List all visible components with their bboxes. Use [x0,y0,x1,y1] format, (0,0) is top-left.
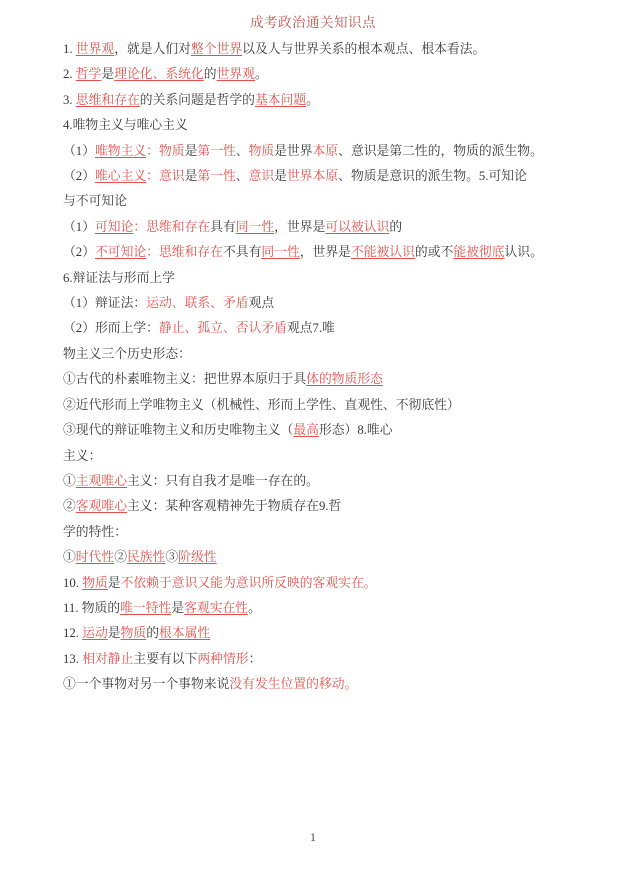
text-segment: ：物质 [146,144,184,158]
content: 1. 世界观，就是人们对整个世界以及人与世界关系的根本观点、根本看法。2. 哲学… [63,37,596,698]
text-line: 10. 物质是不依赖于意识又能为意识所反映的客观实在。 [63,571,596,596]
text-segment: 学的特性： [63,525,127,539]
text-segment: 以及人与世界关系的根本观点、根本看法。 [242,42,485,56]
text-segment: 主义： [63,449,101,463]
text-segment: 阶级性 [178,550,216,564]
text-line: 物主义三个历史形态： [63,342,596,367]
text-line: 12. 运动是物质的根本属性 [63,621,596,646]
document-title: 成考政治通关知识点 [0,11,626,31]
text-line: ①时代性②民族性③阶级性 [63,545,596,570]
text-segment: 。 [248,601,261,615]
text-segment: ，世界是 [274,220,325,234]
text-line: 4.唯物主义与唯心主义 [63,113,596,138]
document-page: 成考政治通关知识点 1. 世界观，就是人们对整个世界以及人与世界关系的根本观点、… [0,0,626,883]
text-segment: 具有 [210,220,236,234]
text-segment: 第一性 [197,169,235,183]
text-segment: 意识 [249,169,275,183]
text-segment: ② [63,499,76,513]
text-line: 2. 哲学是理论化、系统化的世界观。 [63,62,596,87]
text-segment: ：思维和存在 [133,220,210,234]
text-segment: ① [63,474,76,488]
text-segment: 是 [185,169,198,183]
text-segment: 第一性 [197,144,235,158]
text-segment: ③ [165,550,178,564]
text-segment: 观点7.唯 [287,321,335,335]
text-segment: 物质 [249,144,275,158]
text-segment: 不可知论 [95,245,146,259]
text-segment: 的或不 [415,245,453,259]
page-number: 1 [0,830,626,845]
text-segment: （1） [63,220,95,234]
text-segment: （1）辩证法： [63,296,146,310]
text-segment: 体的物质形态 [306,372,383,386]
text-segment: 同一性 [236,220,274,234]
text-line: （1）可知论：思维和存在具有同一性，世界是可以被认识的 [63,215,596,240]
text-segment: 。 [306,93,319,107]
text-segment: 的 [204,67,217,81]
text-segment: （2） [63,169,95,183]
text-segment: 主义：只有自我才是唯一存在的。 [127,474,319,488]
text-segment: 不能被认识 [351,245,415,259]
text-segment: ③现代的辩证唯物主义和历史唯物主义（ [63,423,293,437]
text-segment: 唯心主义 [95,169,146,183]
text-line: 3. 思维和存在的关系问题是哲学的基本问题。 [63,88,596,113]
text-segment: 1. [63,42,76,56]
text-segment: 是 [274,169,287,183]
text-segment: 基本问题 [255,93,306,107]
text-segment: 、意识是第二性的，物质的派生物。 [338,144,543,158]
text-line: 6.辩证法与形而上学 [63,266,596,291]
text-segment: ，就是人们对 [114,42,191,56]
text-segment: ② [114,550,127,564]
text-segment: 运动 [82,626,108,640]
text-segment: 物质 [82,576,108,590]
text-segment: ①古代的朴素唯物主义：把世界本原归于具 [63,372,306,386]
text-segment: 思维和存在 [76,93,140,107]
text-line: （1）唯物主义：物质是第一性、物质是世界本原、意识是第二性的，物质的派生物。 [63,139,596,164]
text-segment: 12. [63,626,82,640]
text-segment: 形态）8.唯心 [319,423,393,437]
text-segment: 、物质是意识的派生物。5.可知论 [338,169,527,183]
text-segment: 理论化、系统化 [114,67,204,81]
text-segment: 4.唯物主义与唯心主义 [63,118,188,132]
text-segment: 世界本原 [287,169,338,183]
text-segment: 是 [108,626,121,640]
text-segment: ：思维和存在 [146,245,223,259]
text-segment: 的 [389,220,402,234]
text-segment: 世界观 [217,67,255,81]
text-line: ①一个事物对另一个事物来说没有发生位置的移动。 [63,672,596,697]
text-segment: （2） [63,245,95,259]
text-segment: （1） [63,144,95,158]
text-segment: 本原 [313,144,339,158]
text-segment: 整个世界 [191,42,242,56]
text-line: 1. 世界观，就是人们对整个世界以及人与世界关系的根本观点、根本看法。 [63,37,596,62]
text-segment: 根本属性 [159,626,210,640]
text-segment: 两种情形 [197,652,248,666]
text-segment: 静止、孤立、否认矛盾 [159,321,287,335]
text-segment: 的关系问题是哲学的 [140,93,255,107]
text-line: 学的特性： [63,520,596,545]
text-segment: ①一个事物对另一个事物来说 [63,677,229,691]
text-segment: 是世界 [274,144,312,158]
text-segment: ②近代形而上学唯物主义（机械性、形而上学性、直观性、不彻底性） [63,398,460,412]
text-segment: 可知论 [95,220,133,234]
text-segment: ： [249,652,262,666]
text-segment: 没有发生位置的移动。 [229,677,357,691]
text-line: ③现代的辩证唯物主义和历史唯物主义（最高形态）8.唯心 [63,418,596,443]
text-line: 与不可知论 [63,189,596,214]
text-segment: 唯一特性 [120,601,171,615]
text-segment: 客观实在性 [184,601,248,615]
text-line: （2）唯心主义：意识是第一性、意识是世界本原、物质是意识的派生物。5.可知论 [63,164,596,189]
text-segment: 是 [108,576,121,590]
text-segment: 3. [63,93,76,107]
text-segment: 13. [63,652,82,666]
text-segment: 是 [101,67,114,81]
text-line: （2）形而上学：静止、孤立、否认矛盾观点7.唯 [63,316,596,341]
text-segment: 6.辩证法与形而上学 [63,271,175,285]
text-line: ②客观唯心主义：某种客观精神先于物质存在9.哲 [63,494,596,519]
text-segment: 物主义三个历史形态： [63,347,191,361]
text-segment: 客观唯心 [76,499,127,513]
text-line: ①古代的朴素唯物主义：把世界本原归于具体的物质形态 [63,367,596,392]
text-segment: 时代性 [76,550,114,564]
text-segment: （2）形而上学： [63,321,159,335]
text-segment: 10. [63,576,82,590]
text-segment: 相对静止 [82,652,133,666]
text-line: 13. 相对静止主要有以下两种情形： [63,647,596,672]
text-segment: 不具有 [223,245,261,259]
text-segment: 不依赖于意识又能为意识所反映的客观实在。 [121,576,377,590]
text-segment: 能被彻底 [453,245,504,259]
text-segment: 主义：某种客观精神先于物质存在9.哲 [127,499,341,513]
text-segment: 哲学 [76,67,102,81]
text-segment: 民族性 [127,550,165,564]
text-segment: 唯物主义 [95,144,146,158]
text-segment: ，世界是 [300,245,351,259]
text-segment: 可以被认识 [325,220,389,234]
text-segment: 2. [63,67,76,81]
text-segment: 同一性 [261,245,299,259]
text-segment: 的 [146,626,159,640]
text-segment: 物质 [121,626,147,640]
text-segment: 观点 [249,296,275,310]
text-segment: ① [63,550,76,564]
text-segment: ：意识 [146,169,184,183]
text-line: ①主观唯心主义：只有自我才是唯一存在的。 [63,469,596,494]
text-segment: 、 [236,144,249,158]
text-segment: 是 [171,601,184,615]
text-segment: 主要有以下 [133,652,197,666]
text-line: 主义： [63,444,596,469]
text-segment: 11. 物质的 [63,601,120,615]
text-segment: 、 [236,169,249,183]
text-line: （2）不可知论：思维和存在不具有同一性，世界是不能被认识的或不能被彻底认识。 [63,240,596,265]
text-line: ②近代形而上学唯物主义（机械性、形而上学性、直观性、不彻底性） [63,393,596,418]
text-segment: 世界观 [76,42,114,56]
text-segment: 最高 [293,423,319,437]
text-segment: 主观唯心 [76,474,127,488]
text-segment: 。 [255,67,268,81]
text-line: 11. 物质的唯一特性是客观实在性。 [63,596,596,621]
text-segment: 是 [185,144,198,158]
text-segment: 运动、联系、矛盾 [146,296,248,310]
text-line: （1）辩证法：运动、联系、矛盾观点 [63,291,596,316]
text-segment: 认识。 [505,245,543,259]
text-segment: 与不可知论 [63,194,127,208]
